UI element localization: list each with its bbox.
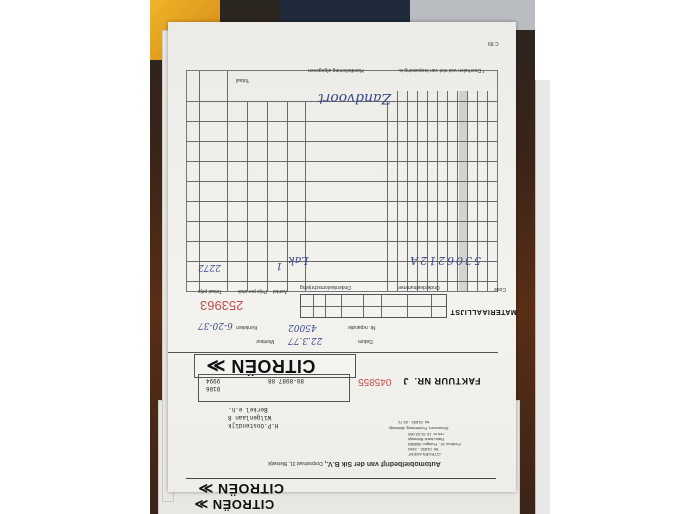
faktuur-series: J [403,376,409,386]
totaal-label: Totaal [236,77,249,83]
datum-label: Datum [358,338,373,344]
customer-city: Berkel e.h. [228,406,268,413]
customer-code-0: 0106 [206,385,220,392]
datum-value: 22.3.77 [288,335,322,345]
monteur-label: Monteur [256,338,274,344]
photo: * Doorhalen wat niet van toepassing is. … [150,0,535,514]
divider [168,352,498,353]
handwritten-qty: 1 [276,260,282,271]
signature: Zandvoort [318,90,391,106]
dealer-detail-6: tel. 01892 - 26 71 [398,420,429,425]
dealer-detail-0: CITROËN AGENT [408,452,441,457]
kenteken-value: 6-20-37 [198,320,233,330]
handwritten-part-number: 5306212A [408,254,481,267]
kenteken-label: Kenteken [236,324,257,330]
totaal-prijs-header: Totaal prijs [198,288,222,294]
handwritten-description: Lak [288,254,309,267]
faktuur-label: FAKTUUR NR. [414,376,481,386]
bottom-divider [186,478,496,479]
account-code: 80-8087 88 [268,377,304,384]
reparatie-label: Nr. reparatie [348,324,376,330]
invoice-sheet: * Doorhalen wat niet van toepassing is. … [168,22,516,492]
footnote: * Doorhalen wat niet van toepassing is. [398,67,484,73]
aantal-header: Aantal [273,288,287,294]
citroen-logo-bottom: CITROËN ≫ [198,480,284,497]
citroen-logo: CITROËN ≫ [206,355,315,376]
onderdeelnummer-header: Onderdeelnummer [398,284,440,290]
order-number: 253963 [200,298,243,313]
handtekening-label: Handtekening afgegeven [308,67,364,73]
adjacent-sheet-edge [535,80,550,514]
customer-code-1: 9994 [206,377,220,384]
form-code: C 89 [488,40,499,46]
handwritten-price: 2272 [198,262,221,272]
code-label: Code [494,286,506,292]
dealer-name: Automobielbedrijf van der Sik B.V., Dorp… [268,460,441,467]
citroen-logo-back-sheet: CITROËN ≫ [194,496,274,512]
reparatie-value: 45002 [288,322,317,332]
customer-street: Wilgenlaan 8 [228,414,271,421]
omschrijving-header: Onderdeelomschrijving [300,284,351,290]
dealer-detail-5: Showroom, Poorterweg, Bleiswijk, [388,426,448,431]
checkbox-block [300,294,447,318]
materiaallijst-title: MATERIAALLIJST [450,308,517,315]
faktuur-number: 045855 [358,376,391,387]
customer-name: H.P.Oostendijk [228,422,278,429]
prijs-header: Prijs per stuk [238,288,267,294]
